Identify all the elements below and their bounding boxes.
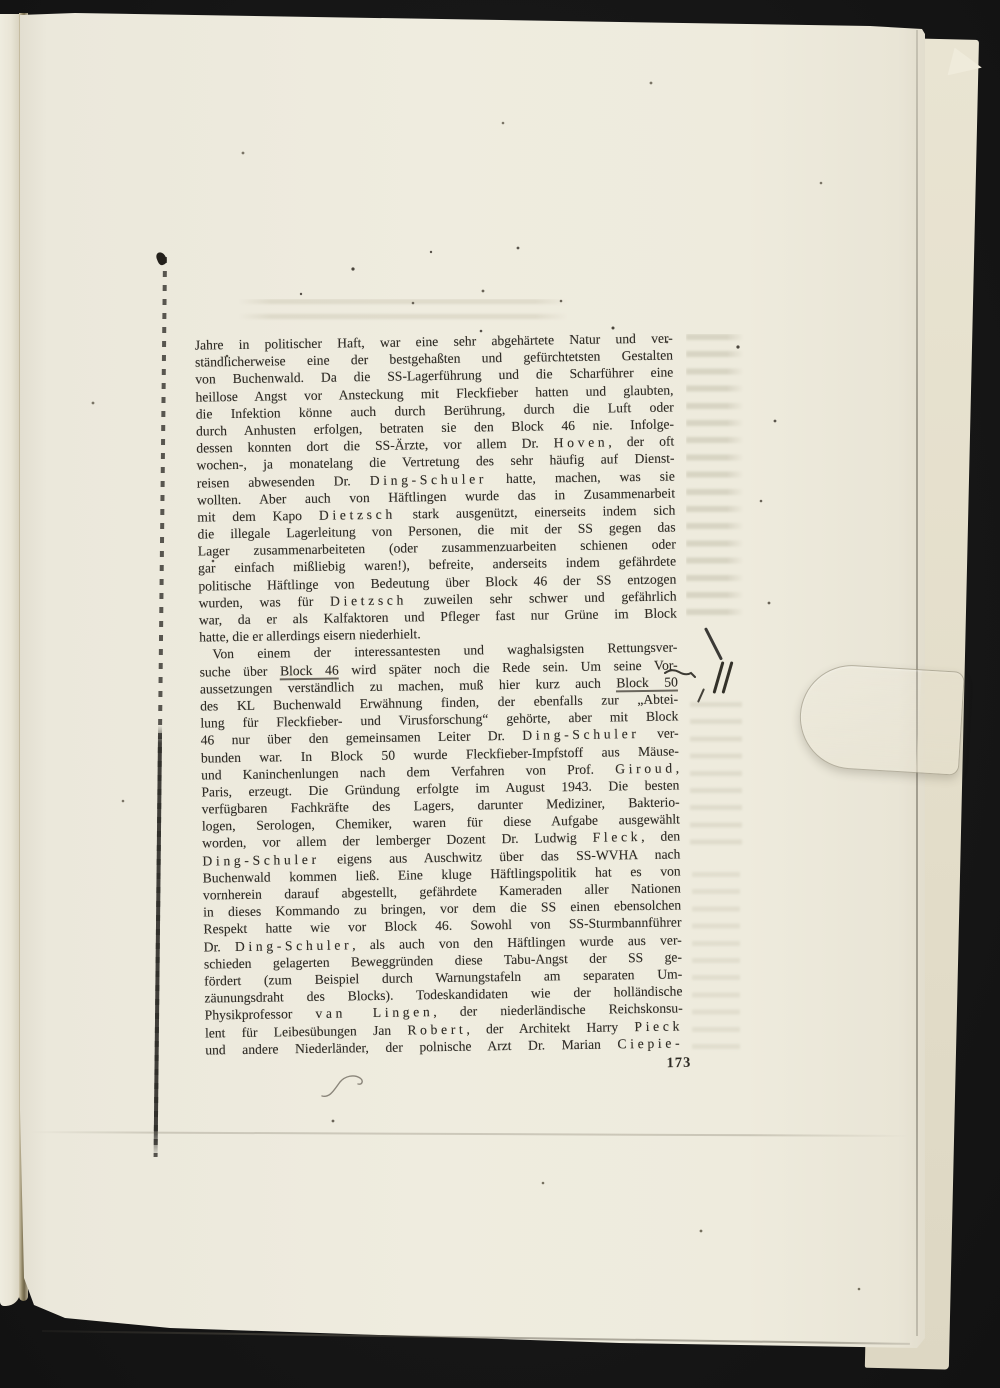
- left-page-edge: [0, 14, 20, 1306]
- body-text-block: Jahre in politischer Haft, war eine sehr…: [195, 329, 684, 1058]
- handwritten-underline: Block 46: [280, 662, 339, 680]
- letterspaced-name: Ding-Schuler: [235, 937, 353, 954]
- letterspaced-name: Pieck: [634, 1018, 683, 1034]
- letterspaced-name: Dietzsch: [319, 506, 396, 522]
- page-number: 173: [654, 1055, 704, 1073]
- letterspaced-name: Ding-Schuler: [370, 471, 488, 488]
- letterspaced-name: Ciepie-: [617, 1035, 683, 1051]
- margin-double-stroke-mark: [713, 661, 739, 697]
- toner-speckles: [0, 0, 2, 2]
- letterspaced-name: Robert: [407, 1021, 466, 1037]
- bleedthrough-ghost-right: [686, 334, 744, 626]
- letterspaced-name: Hoven: [554, 435, 609, 451]
- tab-over-background: [916, 670, 964, 774]
- letterspaced-name: Ding-Schuler: [522, 726, 640, 743]
- letterspaced-name: Dietzsch: [330, 592, 407, 608]
- bleedthrough-ghost-right: [692, 872, 740, 1050]
- letterspaced-name: Giroud: [615, 760, 676, 776]
- letterspaced-name: Ding-Schuler: [202, 851, 320, 868]
- hair-squiggle: [320, 1072, 368, 1102]
- letterspaced-name: Fleck: [593, 829, 642, 845]
- book-photograph: { "document": { "kind": "scanned book pa…: [0, 0, 1000, 1388]
- bleedthrough-ghost-right: [690, 702, 742, 854]
- bleedthrough-ghost-top: [238, 299, 568, 329]
- transparent-index-tab: [797, 662, 965, 776]
- handwritten-dash-mark: [664, 668, 698, 680]
- letterspaced-name: van Lingen: [315, 1004, 433, 1021]
